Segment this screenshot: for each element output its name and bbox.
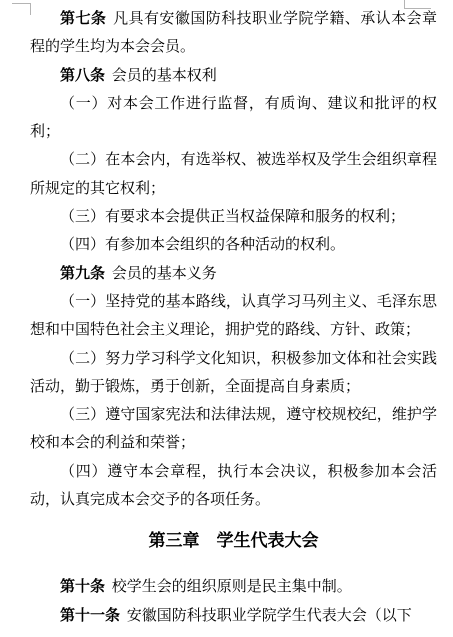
clause-paragraph: （二）在本会内，有选举权、被选举权及学生会组织章程所规定的其它权利； (30, 146, 437, 203)
clause-paragraph: （三）遵守国家宪法和法律法规，遵守校规校纪，维护学校和本会的利益和荣誉； (30, 401, 437, 458)
paragraph-text: （三）遵守国家宪法和法律法规，遵守校规校纪，维护学校和本会的利益和荣誉； (30, 407, 437, 451)
article-number: 第十一条 (60, 608, 120, 624)
document-body: 第七条凡具有安徽国防科技职业学院学籍、承认本会章程的学生均为本会会员。 第八条会… (0, 0, 453, 630)
paragraph-text: 安徽国防科技职业学院学生代表大会（以下 (127, 608, 412, 624)
clause-paragraph: （四）遵守本会章程，执行本会决议，积极参加本会活动，认真完成本会交予的各项任务。 (30, 458, 437, 515)
chapter-heading: 第三章 学生代表大会 (30, 526, 437, 556)
paragraph-text: （一）坚持党的基本路线，认真学习马列主义、毛泽东思想和中国特色社会主义理论，拥护… (30, 294, 437, 338)
article-number: 第七条 (60, 11, 106, 27)
paragraph-text: 会员的基本义务 (112, 266, 217, 282)
document-page: 第七条凡具有安徽国防科技职业学院学籍、承认本会章程的学生均为本会会员。 第八条会… (0, 0, 453, 637)
article-paragraph: 第十一条安徽国防科技职业学院学生代表大会（以下 (30, 602, 437, 630)
article-number: 第九条 (60, 266, 105, 282)
paragraph-text: （四）有参加本会组织的各种活动的权利。 (60, 237, 345, 253)
paragraph-text: 校学生会的组织原则是民主集中制。 (112, 579, 352, 595)
clause-paragraph: （一）对本会工作进行监督，有质询、建议和批评的权利； (30, 90, 437, 147)
article-paragraph: 第九条会员的基本义务 (30, 260, 437, 288)
article-paragraph: 第八条会员的基本权利 (30, 62, 437, 90)
clause-paragraph: （一）坚持党的基本路线，认真学习马列主义、毛泽东思想和中国特色社会主义理论，拥护… (30, 288, 437, 345)
paragraph-text: （四）遵守本会章程，执行本会决议，积极参加本会活动，认真完成本会交予的各项任务。 (30, 464, 437, 508)
paragraph-text: （三）有要求本会提供正当权益保障和服务的权利； (60, 209, 405, 225)
paragraph-text: （二）在本会内，有选举权、被选举权及学生会组织章程所规定的其它权利； (30, 152, 437, 196)
paragraph-text: （一）对本会工作进行监督，有质询、建议和批评的权利； (30, 96, 437, 140)
clause-paragraph: （三）有要求本会提供正当权益保障和服务的权利； (30, 203, 437, 231)
paragraph-text: （二）努力学习科学文化知识，积极参加文体和社会实践活动，勤于锻炼，勇于创新，全面… (30, 351, 437, 395)
text-boundary-mark-top-left (12, 3, 31, 15)
paragraph-text: 会员的基本权利 (112, 68, 217, 84)
text-boundary-mark-top-right (404, 0, 431, 9)
article-number: 第十条 (60, 579, 105, 595)
clause-paragraph: （二）努力学习科学文化知识，积极参加文体和社会实践活动，勤于锻炼，勇于创新，全面… (30, 345, 437, 402)
article-paragraph: 第十条校学生会的组织原则是民主集中制。 (30, 573, 437, 601)
article-paragraph: 第七条凡具有安徽国防科技职业学院学籍、承认本会章程的学生均为本会会员。 (30, 5, 437, 62)
article-number: 第八条 (60, 68, 105, 84)
clause-paragraph: （四）有参加本会组织的各种活动的权利。 (30, 231, 437, 259)
